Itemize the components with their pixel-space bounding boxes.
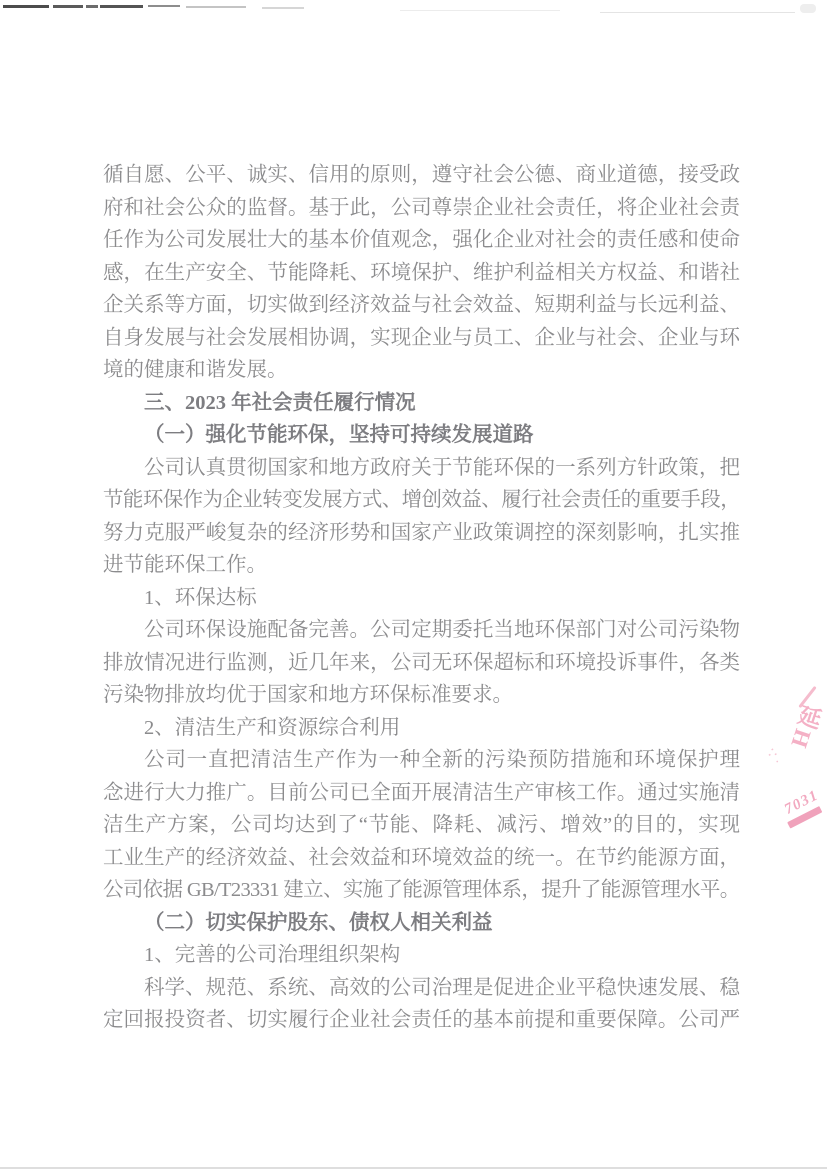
scan-streak <box>400 10 560 11</box>
text-line: 府和社会公众的监督。基于此，公司尊崇企业社会责任，将企业社会责 <box>103 192 740 225</box>
text-line: 洁生产方案，公司均达到了“节能、降耗、减污、增效”的目的，实现 <box>103 809 740 842</box>
text-line: 境的健康和谐发展。 <box>103 354 740 387</box>
text-line: 排放情况进行监测，近几年来，公司无环保超标和环境投诉事件，各类 <box>103 647 740 680</box>
text-line: 努力克服严峻复杂的经济形势和国家产业政策调控的深刻影响，扎实推 <box>103 517 740 550</box>
scan-streak <box>3 5 49 8</box>
text-line: 循自愿、公平、诚实、信用的原则，遵守社会公德、商业道德，接受政 <box>103 159 740 192</box>
text-line: 念进行大力推广。目前公司已全面开展清洁生产审核工作。通过实施清 <box>103 777 740 810</box>
document-text: 循自愿、公平、诚实、信用的原则，遵守社会公德、商业道德，接受政府和社会公众的监督… <box>103 159 740 1037</box>
text-line: 2、清洁生产和资源综合利用 <box>103 712 740 745</box>
text-line: （二）切实保护股东、债权人相关利益 <box>103 907 740 940</box>
text-line: 公司依据 GB/T23331 建立、实施了能源管理体系，提升了能源管理水平。 <box>103 874 740 907</box>
text-line: 感，在生产安全、节能降耗、环境保护、维护利益相关方权益、和谐社 <box>103 257 740 290</box>
text-line: 定回报投资者、切实履行企业社会责任的基本前提和重要保障。公司严 <box>103 1004 740 1037</box>
text-line: 污染物排放均优于国家和地方环保标准要求。 <box>103 679 740 712</box>
text-line: 公司一直把清洁生产作为一种全新的污染预防措施和环境保护理 <box>103 744 740 777</box>
scan-streak <box>53 5 83 8</box>
seal-text: 延H <box>782 700 827 755</box>
scan-streak <box>262 7 304 9</box>
text-line: 公司认真贯彻国家和地方政府关于节能环保的一系列方针政策，把 <box>103 452 740 485</box>
seal-stamp-fragment: 延H ∵· <box>762 680 827 800</box>
seal-dots: ∵· <box>761 746 786 772</box>
text-line: 节能环保作为企业转变发展方式、增创效益、履行社会责任的重要手段， <box>103 484 740 517</box>
text-line: 1、环保达标 <box>103 582 740 615</box>
scan-streak <box>86 5 98 8</box>
text-line: 任作为公司发展壮大的基本价值观念，强化企业对社会的责任感和使命 <box>103 224 740 257</box>
text-line: 工业生产的经济效益、社会效益和环境效益的统一。在节约能源方面， <box>103 842 740 875</box>
text-line: 公司环保设施配备完善。公司定期委托当地环保部门对公司污染物 <box>103 614 740 647</box>
text-line: 进节能环保工作。 <box>103 549 740 582</box>
document-page: 循自愿、公平、诚实、信用的原则，遵守社会公德、商业道德，接受政府和社会公众的监督… <box>0 0 827 1169</box>
scan-streak <box>186 6 246 8</box>
text-line: 科学、规范、系统、高效的公司治理是促进企业平稳快速发展、稳 <box>103 972 740 1005</box>
scan-streak <box>100 5 143 8</box>
text-line: 三、2023 年社会责任履行情况 <box>103 387 740 420</box>
text-line: （一）强化节能环保，坚持可持续发展道路 <box>103 419 740 452</box>
text-line: 自身发展与社会发展相协调，实现企业与员工、企业与社会、企业与环 <box>103 322 740 355</box>
text-line: 1、完善的公司治理组织架构 <box>103 939 740 972</box>
scan-streak <box>600 12 795 13</box>
scan-streak <box>148 5 180 7</box>
text-line: 企关系等方面，切实做到经济效益与社会效益、短期利益与长远利益、 <box>103 289 740 322</box>
scan-smudge <box>800 4 816 13</box>
